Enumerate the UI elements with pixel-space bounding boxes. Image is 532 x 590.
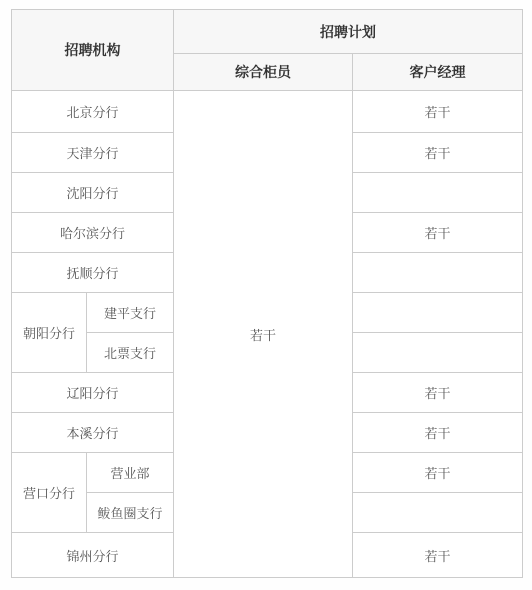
sub-branch-cell: 建平支行 bbox=[87, 293, 174, 333]
org-cell: 抚顺分行 bbox=[12, 253, 174, 293]
manager-count-cell: 若干 bbox=[353, 373, 523, 413]
org-cell: 哈尔滨分行 bbox=[12, 213, 174, 253]
sub-branch-cell: 营业部 bbox=[87, 453, 174, 493]
manager-count-cell: 若干 bbox=[353, 453, 523, 493]
header-col-manager: 客户经理 bbox=[353, 54, 523, 91]
org-cell: 本溪分行 bbox=[12, 413, 174, 453]
manager-count-cell bbox=[353, 493, 523, 533]
page: 招聘机构 招聘计划 综合柜员 客户经理 北京分行 若干 若干 天津分行 若干 沈… bbox=[0, 0, 532, 590]
org-cell: 沈阳分行 bbox=[12, 173, 174, 213]
manager-count-cell bbox=[353, 253, 523, 293]
manager-count-cell bbox=[353, 293, 523, 333]
org-group-cell: 朝阳分行 bbox=[12, 293, 87, 373]
teller-merged-cell: 若干 bbox=[174, 91, 353, 578]
manager-count-cell: 若干 bbox=[353, 213, 523, 253]
recruitment-plan-table: 招聘机构 招聘计划 综合柜员 客户经理 北京分行 若干 若干 天津分行 若干 沈… bbox=[11, 9, 523, 578]
header-col-teller: 综合柜员 bbox=[174, 54, 353, 91]
manager-count-cell: 若干 bbox=[353, 133, 523, 173]
header-plan-group: 招聘计划 bbox=[174, 10, 523, 54]
sub-branch-cell: 北票支行 bbox=[87, 333, 174, 373]
manager-count-cell: 若干 bbox=[353, 413, 523, 453]
header-org: 招聘机构 bbox=[12, 10, 174, 91]
org-cell: 北京分行 bbox=[12, 91, 174, 133]
org-cell: 锦州分行 bbox=[12, 533, 174, 578]
manager-count-cell bbox=[353, 173, 523, 213]
manager-count-cell bbox=[353, 333, 523, 373]
org-cell: 辽阳分行 bbox=[12, 373, 174, 413]
sub-branch-cell: 鲅鱼圈支行 bbox=[87, 493, 174, 533]
manager-count-cell: 若干 bbox=[353, 533, 523, 578]
manager-count-cell: 若干 bbox=[353, 91, 523, 133]
org-cell: 天津分行 bbox=[12, 133, 174, 173]
table-row: 北京分行 若干 若干 bbox=[12, 91, 523, 133]
org-group-cell: 营口分行 bbox=[12, 453, 87, 533]
